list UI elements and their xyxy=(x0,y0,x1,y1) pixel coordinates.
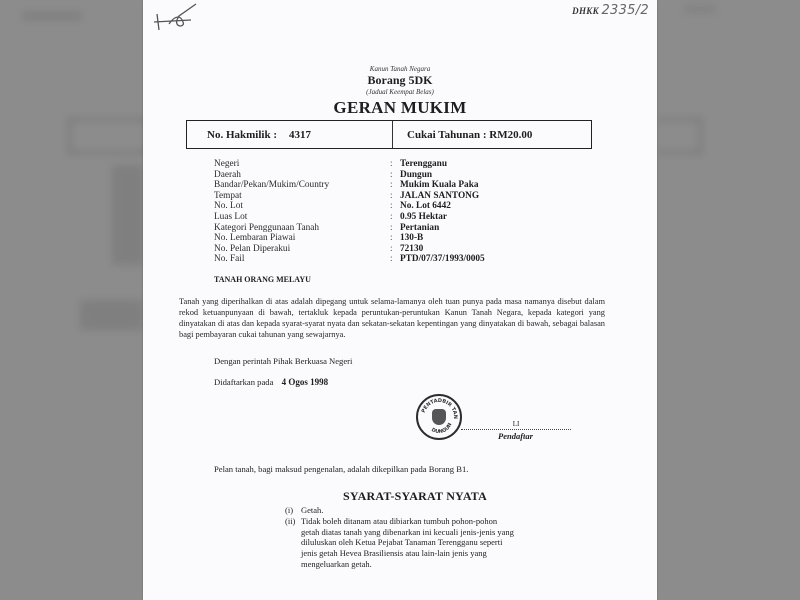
signatory-title: Pendaftar xyxy=(498,431,533,441)
backdrop-blur-left-para xyxy=(80,300,143,330)
title-number-cell: No. Hakmilik : 4317 xyxy=(187,121,393,148)
detail-value: Terengganu xyxy=(400,159,447,170)
act-name: Kanun Tanah Negara xyxy=(143,65,657,73)
condition-text: Getah. xyxy=(301,505,323,516)
registration-line: Didaftarkan pada 4 Ogos 1998 xyxy=(214,377,328,387)
detail-value: No. Lot 6442 xyxy=(400,201,451,212)
signature-initials: LI xyxy=(513,420,520,428)
detail-row: No. Lot:No. Lot 6442 xyxy=(214,201,485,212)
land-details-table: Negeri:Terengganu Daerah:Dungun Bandar/P… xyxy=(214,159,485,265)
registered-date: 4 Ogos 1998 xyxy=(282,377,329,387)
detail-row: Tempat:JALAN SANTONG xyxy=(214,191,485,202)
conditions-list: (i) Getah. (ii) Tidak boleh ditanam atau… xyxy=(285,505,515,570)
detail-value: 0.95 Hektar xyxy=(400,212,447,223)
detail-colon: : xyxy=(390,201,400,212)
detail-value: Mukim Kuala Paka xyxy=(400,180,479,191)
title-number-value: 4317 xyxy=(289,129,311,141)
detail-label: Tempat xyxy=(214,191,390,202)
detail-label: No. Pelan Diperakui xyxy=(214,244,390,255)
detail-colon: : xyxy=(390,170,400,181)
reference-handwritten: 2335/2 xyxy=(601,3,649,18)
detail-label: Negeri xyxy=(214,159,390,170)
detail-row: No. Lembaran Piawai:130-B xyxy=(214,233,485,244)
form-number: Borang 5DK xyxy=(143,73,657,88)
detail-label: Luas Lot xyxy=(214,212,390,223)
detail-colon: : xyxy=(390,180,400,191)
detail-row: No. Fail:PTD/07/37/1993/0005 xyxy=(214,254,485,265)
detail-row: Kategori Penggunaan Tanah:Pertanian xyxy=(214,223,485,234)
detail-value: 72130 xyxy=(400,244,423,255)
backdrop-blur-right-title xyxy=(685,6,715,12)
tenure-paragraph: Tanah yang diperihalkan di atas adalah d… xyxy=(179,296,605,340)
detail-row: Bandar/Pekan/Mukim/Country:Mukim Kuala P… xyxy=(214,180,485,191)
reserve-heading: TANAH ORANG MELAYU xyxy=(214,275,311,284)
reference-prefix: DHKK xyxy=(572,6,599,16)
annual-rent-label: Cukai Tahunan : xyxy=(407,129,487,141)
backdrop-blur-left-title xyxy=(22,12,82,20)
detail-value: PTD/07/37/1993/0005 xyxy=(400,254,485,265)
backdrop-blur-right-box xyxy=(657,118,702,154)
handwritten-signature-mark xyxy=(151,2,201,34)
backdrop-blur-left-rows xyxy=(112,165,143,265)
land-title-document: DHKK 2335/2 Kanun Tanah Negara Borang 5D… xyxy=(143,0,657,600)
conditions-heading: SYARAT-SYARAT NYATA xyxy=(143,489,657,504)
detail-colon: : xyxy=(390,223,400,234)
condition-text: Tidak boleh ditanam atau dibiarkan tumbu… xyxy=(301,516,515,570)
detail-row: Daerah:Dungun xyxy=(214,170,485,181)
detail-colon: : xyxy=(390,254,400,265)
detail-colon: : xyxy=(390,212,400,223)
detail-value: JALAN SANTONG xyxy=(400,191,479,202)
document-title: GERAN MUKIM xyxy=(143,98,657,118)
detail-label: Daerah xyxy=(214,170,390,181)
detail-label: No. Fail xyxy=(214,254,390,265)
backdrop-blur-left-box xyxy=(68,118,149,154)
official-stamp-icon: PENTADBIR TANAH DUNGUN xyxy=(416,394,462,440)
detail-label: No. Lembaran Piawai xyxy=(214,233,390,244)
annual-rent-value: RM20.00 xyxy=(489,129,532,141)
plan-note: Pelan tanah, bagi maksud pengenalan, ada… xyxy=(214,464,468,474)
authority-line: Dengan perintah Pihak Berkuasa Negeri xyxy=(214,356,352,366)
detail-row: No. Pelan Diperakui:72130 xyxy=(214,244,485,255)
registered-label: Didaftarkan pada xyxy=(214,377,273,387)
detail-label: Kategori Penggunaan Tanah xyxy=(214,223,390,234)
detail-colon: : xyxy=(390,244,400,255)
signature-line: LI xyxy=(461,420,571,430)
detail-value: 130-B xyxy=(400,233,423,244)
schedule-note: (Jadual Keempat Belas) xyxy=(143,88,657,96)
detail-label: No. Lot xyxy=(214,201,390,212)
reference-number: DHKK 2335/2 xyxy=(572,3,649,18)
detail-colon: : xyxy=(390,233,400,244)
condition-number: (ii) xyxy=(285,516,297,570)
detail-value: Dungun xyxy=(400,170,432,181)
annual-rent-cell: Cukai Tahunan : RM20.00 xyxy=(393,121,532,148)
condition-number: (i) xyxy=(285,505,297,516)
crest-icon xyxy=(432,409,446,425)
detail-row: Luas Lot:0.95 Hektar xyxy=(214,212,485,223)
detail-label: Bandar/Pekan/Mukim/Country xyxy=(214,180,390,191)
detail-value: Pertanian xyxy=(400,223,439,234)
title-number-label: No. Hakmilik : xyxy=(207,129,277,141)
detail-row: Negeri:Terengganu xyxy=(214,159,485,170)
title-info-box: No. Hakmilik : 4317 Cukai Tahunan : RM20… xyxy=(186,120,592,149)
condition-item: (ii) Tidak boleh ditanam atau dibiarkan … xyxy=(285,516,515,570)
detail-colon: : xyxy=(390,191,400,202)
condition-item: (i) Getah. xyxy=(285,505,515,516)
detail-colon: : xyxy=(390,159,400,170)
